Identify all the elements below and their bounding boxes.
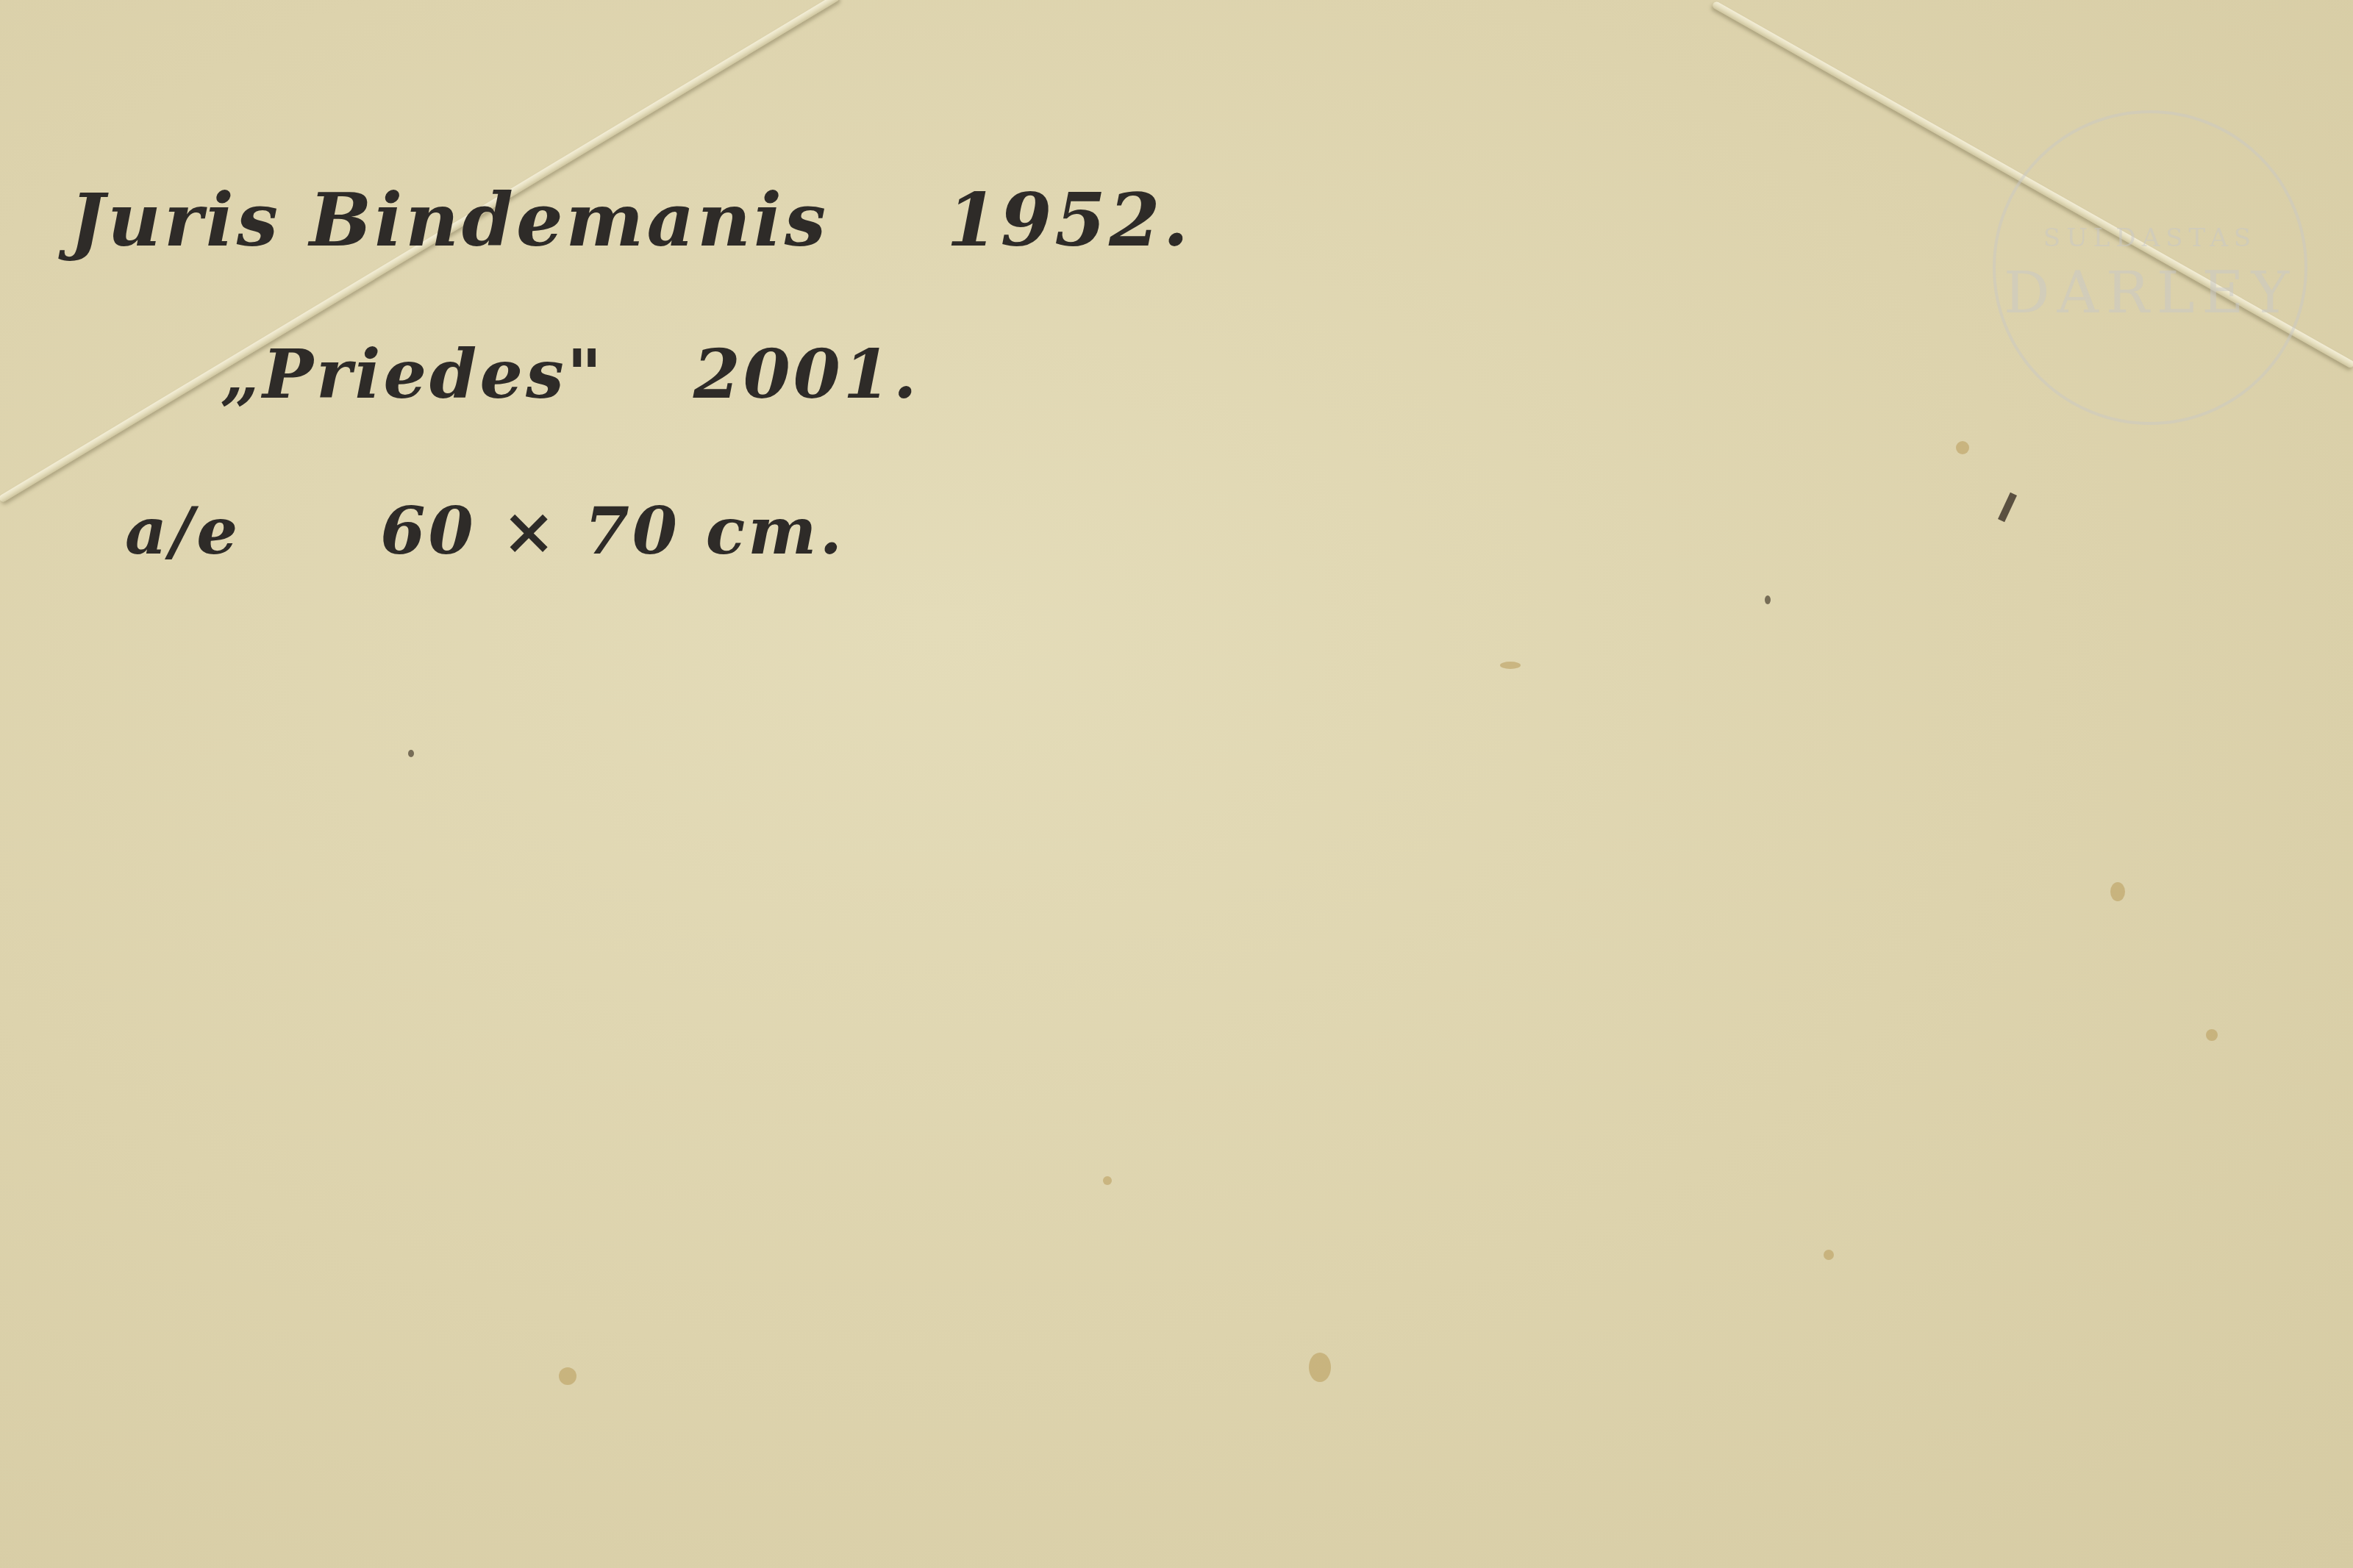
- stain: [2110, 882, 2125, 901]
- stain: [1824, 1250, 1834, 1260]
- dimensions: 60 × 70 cm.: [380, 493, 845, 569]
- inscription-line-artist: Juris Bindemanis1952.: [70, 176, 1191, 263]
- stain: [1765, 595, 1771, 604]
- artist-name: Juris Bindemanis: [70, 176, 829, 263]
- medium: a/e: [125, 493, 240, 569]
- stain: [1309, 1353, 1331, 1382]
- stain: [1103, 1176, 1112, 1185]
- stain: [2206, 1029, 2218, 1041]
- artwork-year: 2001.: [693, 334, 920, 414]
- artist-year: 1952.: [946, 176, 1191, 263]
- stain: [408, 750, 414, 757]
- stain: [1956, 441, 1969, 454]
- stain: [559, 1367, 576, 1385]
- watermark-stamp: SULDASTAS DARLEY: [1993, 110, 2307, 425]
- inscription-line-title: „Priedes"2001.: [221, 334, 920, 414]
- watermark-top-text: SULDASTAS: [1996, 223, 2304, 253]
- watermark-main-text: DARLEY: [1996, 260, 2304, 326]
- stain: [1500, 662, 1521, 669]
- artwork-title: „Priedes": [221, 334, 605, 414]
- inscription-line-medium: a/e60 × 70 cm.: [125, 493, 845, 569]
